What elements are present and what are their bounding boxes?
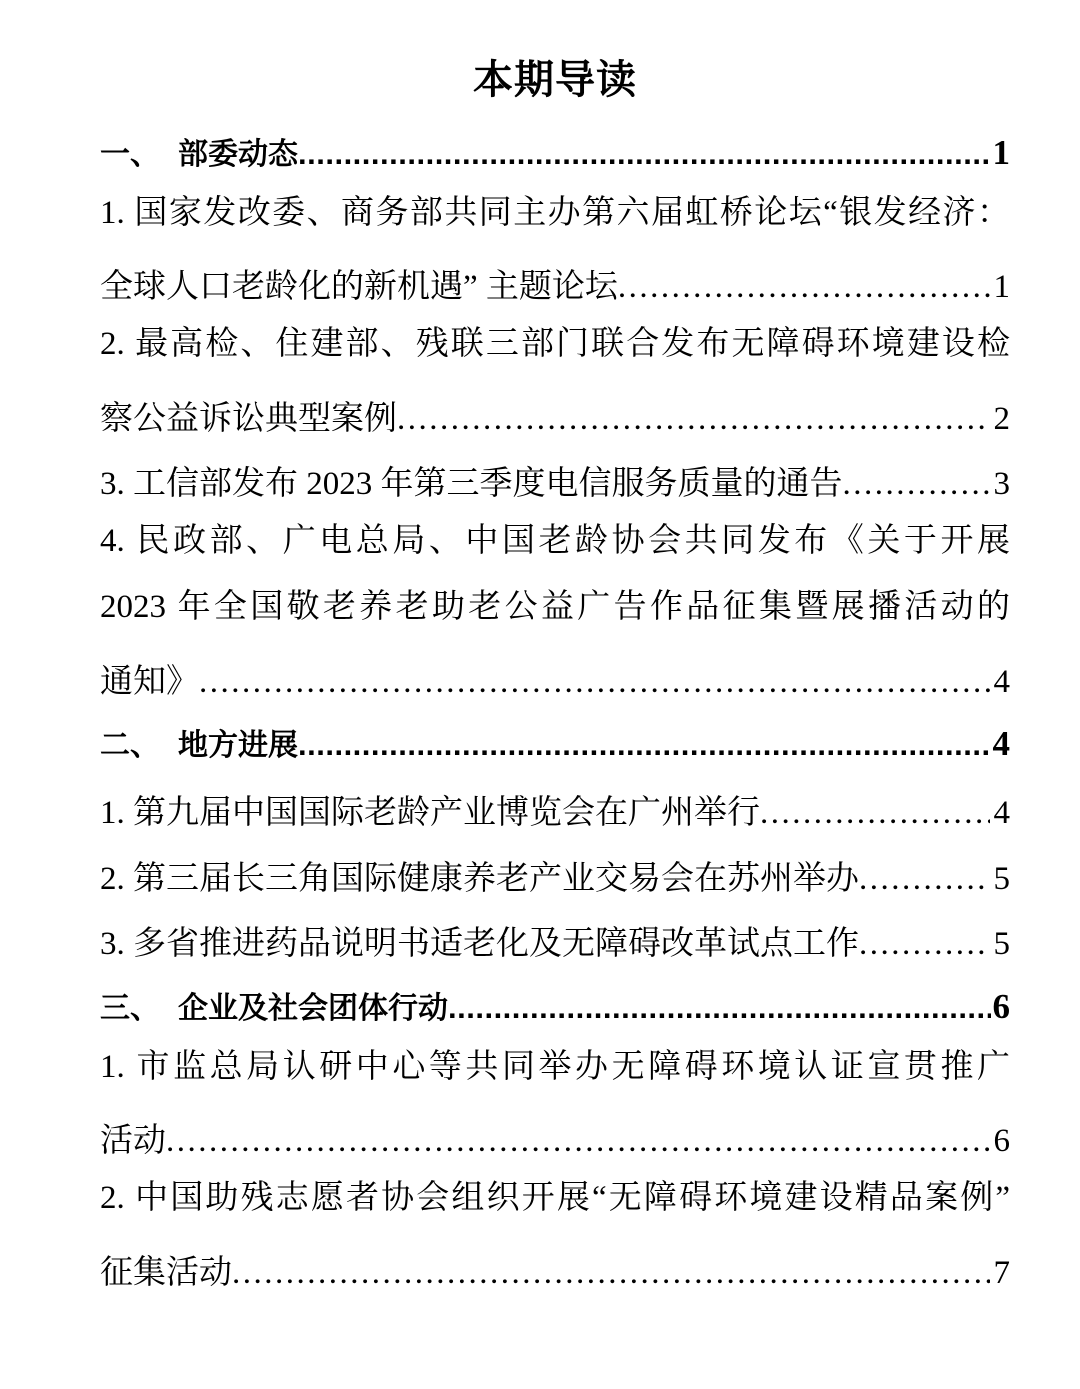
dot-leader — [232, 1255, 990, 1292]
toc-item-text: 全球人口老龄化的新机遇” 主题论坛 — [100, 260, 618, 307]
toc-item-line: 4. 民政部、广电总局、中国老龄协会共同发布《关于开展 — [100, 509, 1010, 575]
dot-leader — [843, 466, 990, 503]
toc-page-number: 4 — [990, 795, 1011, 832]
dot-leader — [298, 136, 991, 172]
dot-leader — [859, 926, 990, 963]
toc-item-line: 2. 中国助残志愿者协会组织开展“无障碍环境建设精品案例” — [100, 1166, 1010, 1232]
toc-item-line: 1. 国家发改委、商务部共同主办第六届虹桥论坛“银发经济： — [100, 181, 1010, 247]
toc-page-number: 4 — [991, 724, 1011, 764]
toc-section-number: 二、 — [100, 720, 160, 764]
toc-section-title: 企业及社会团体行动 — [178, 983, 448, 1027]
document-page: 本期导读 一、 部委动态 1 1. 国家发改委、商务部共同主办第六届虹桥论坛“银… — [0, 0, 1080, 1389]
dot-leader — [859, 861, 990, 898]
dot-leader — [166, 1123, 990, 1160]
page-title: 本期导读 — [100, 55, 1010, 105]
toc-item-row: 活动 6 — [100, 1100, 1010, 1166]
toc-section-row: 三、 企业及社会团体行动 6 — [100, 969, 1010, 1035]
toc-item-line: 2. 最高检、住建部、残联三部门联合发布无障碍环境建设检 — [100, 312, 1010, 378]
toc-item-text: 3. 工信部发布 2023 年第三季度电信服务质量的通告 — [100, 457, 843, 504]
toc-item-row: 3. 多省推进药品说明书适老化及无障碍改革试点工作 5 — [100, 903, 1010, 969]
toc-item-row: 征集活动 7 — [100, 1232, 1010, 1298]
toc-page-number: 1 — [990, 269, 1011, 306]
toc-item-text: 2. 第三届长三角国际健康养老产业交易会在苏州举办 — [100, 852, 859, 899]
toc-item-line: 2023 年全国敬老养老助老公益广告作品征集暨展播活动的 — [100, 575, 1010, 641]
dot-leader — [448, 990, 991, 1026]
table-of-contents: 一、 部委动态 1 1. 国家发改委、商务部共同主办第六届虹桥论坛“银发经济： … — [100, 115, 1010, 1297]
toc-item-row: 3. 工信部发布 2023 年第三季度电信服务质量的通告 3 — [100, 443, 1010, 509]
toc-item-text: 活动 — [100, 1114, 166, 1161]
toc-item-line: 1. 市监总局认研中心等共同举办无障碍环境认证宣贯推广 — [100, 1035, 1010, 1101]
toc-item-row: 察公益诉讼典型案例 2 — [100, 378, 1010, 444]
toc-item-text: 征集活动 — [100, 1246, 232, 1293]
toc-item-row: 1. 第九届中国国际老龄产业博览会在广州举行 4 — [100, 772, 1010, 838]
toc-section-title: 地方进展 — [178, 720, 298, 764]
toc-page-number: 2 — [990, 401, 1011, 438]
toc-item-text: 察公益诉讼典型案例 — [100, 392, 397, 439]
toc-page-number: 5 — [990, 926, 1011, 963]
dot-leader — [298, 727, 991, 763]
toc-page-number: 6 — [990, 1123, 1011, 1160]
dot-leader — [760, 795, 990, 832]
toc-page-number: 3 — [990, 466, 1011, 503]
toc-page-number: 1 — [991, 133, 1011, 173]
toc-page-number: 6 — [991, 987, 1011, 1027]
toc-section-number: 三、 — [100, 983, 160, 1027]
toc-page-number: 7 — [990, 1255, 1011, 1292]
toc-section-title: 部委动态 — [178, 129, 298, 173]
dot-leader — [397, 401, 990, 438]
dot-leader — [199, 664, 990, 701]
toc-section-number: 一、 — [100, 129, 160, 173]
toc-item-row: 通知》 4 — [100, 641, 1010, 707]
toc-item-text: 1. 第九届中国国际老龄产业博览会在广州举行 — [100, 786, 760, 833]
toc-section-row: 一、 部委动态 1 — [100, 115, 1010, 181]
toc-item-row: 2. 第三届长三角国际健康养老产业交易会在苏州举办 5 — [100, 838, 1010, 904]
toc-page-number: 4 — [990, 664, 1011, 701]
toc-item-text: 通知》 — [100, 655, 199, 702]
toc-page-number: 5 — [990, 861, 1011, 898]
dot-leader — [618, 269, 990, 306]
toc-item-row: 全球人口老龄化的新机遇” 主题论坛 1 — [100, 246, 1010, 312]
toc-section-row: 二、 地方进展 4 — [100, 706, 1010, 772]
toc-item-text: 3. 多省推进药品说明书适老化及无障碍改革试点工作 — [100, 917, 859, 964]
